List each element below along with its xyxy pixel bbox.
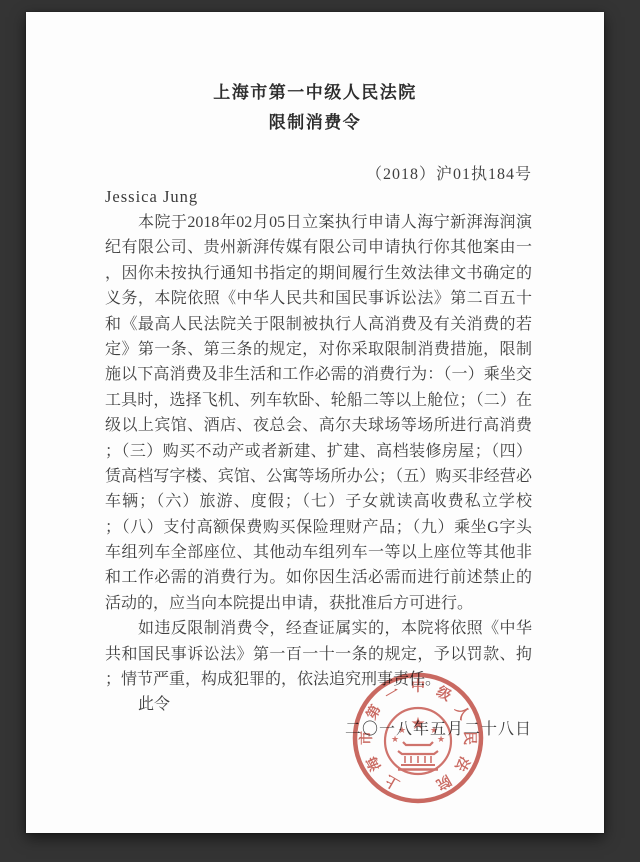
- body-line: 赁高档写字楼、宾馆、公寓等场所办公；（五）购买非经营必需: [105, 464, 532, 489]
- seal-char: 上: [383, 772, 402, 791]
- issue-date: 二〇一八年五月二十八日: [105, 717, 532, 742]
- seal-char: 海: [365, 753, 384, 772]
- body-line: 共和国民事诉讼法》第一百一十一条的规定，予以罚款、拘留: [105, 642, 532, 667]
- body-line: ；（八）支付高额保费购买保险理财产品；（九）乘坐G字头动: [105, 515, 532, 540]
- body-line: 定》第一条、第三条的规定，对你采取限制消费措施，限制你实: [105, 337, 532, 362]
- closing-block: 此令 二〇一八年五月二十八日: [105, 692, 532, 743]
- document-title: 限制消费令: [26, 108, 604, 133]
- body-line: 如违反限制消费令，经查证属实的，本院将依照《中华人民: [105, 616, 532, 641]
- body-line: ；（三）购买不动产或者新建、扩建、高档装修房屋；（四）租: [105, 439, 532, 464]
- body-line: 纪有限公司、贵州新湃传媒有限公司申请执行你其他案由一案: [105, 235, 532, 260]
- body-line: 车辆；（六）旅游、度假；（七）子女就读高收费私立学校: [105, 489, 532, 514]
- seal-char: 法: [452, 753, 471, 772]
- body-line: 施以下高消费及非生活和工作必需的消费行为：（一）乘坐交通: [105, 362, 532, 387]
- court-name-heading: 上海市第一中级人民法院: [26, 78, 604, 103]
- seal-char: 院: [433, 772, 452, 791]
- body-line: 工具时，选择飞机、列车软卧、轮船二等以上舱位；（二）在星: [105, 388, 532, 413]
- body-line: 级以上宾馆、酒店、夜总会、高尔夫球场等场所进行高消费: [105, 413, 532, 438]
- body-line: 义务，本院依照《中华人民共和国民事诉讼法》第二百五十五条: [105, 286, 532, 311]
- document-page: 上海市第一中级人民法院 限制消费令 （2018）沪01执184号 Jessica…: [26, 12, 604, 833]
- body-line: 本院于2018年02月05日立案执行申请人海宁新湃海润演艺经: [105, 210, 532, 235]
- addressee-name: Jessica Jung: [105, 187, 198, 207]
- case-number: （2018）沪01执184号: [105, 161, 532, 184]
- body-line: ，因你未按执行通知书指定的期间履行生效法律文书确定的给付: [105, 261, 532, 286]
- closing-phrase: 此令: [105, 692, 532, 717]
- document-body: 本院于2018年02月05日立案执行申请人海宁新湃海润演艺经纪有限公司、贵州新湃…: [105, 210, 532, 692]
- body-line: 和工作必需的消费行为。如你因生活必需而进行前述禁止的消费: [105, 565, 532, 590]
- body-line: 车组列车全部座位、其他动车组列车一等以上座位等其他非生活: [105, 540, 532, 565]
- body-line: 活动的，应当向本院提出申请，获批准后方可进行。: [105, 591, 532, 616]
- body-line: ；情节严重，构成犯罪的，依法追究刑事责任。: [105, 667, 532, 692]
- photo-background: { "background_color": "#343434", "docume…: [0, 0, 640, 862]
- body-line: 和《最高人民法院关于限制被执行人高消费及有关消费的若干规: [105, 312, 532, 337]
